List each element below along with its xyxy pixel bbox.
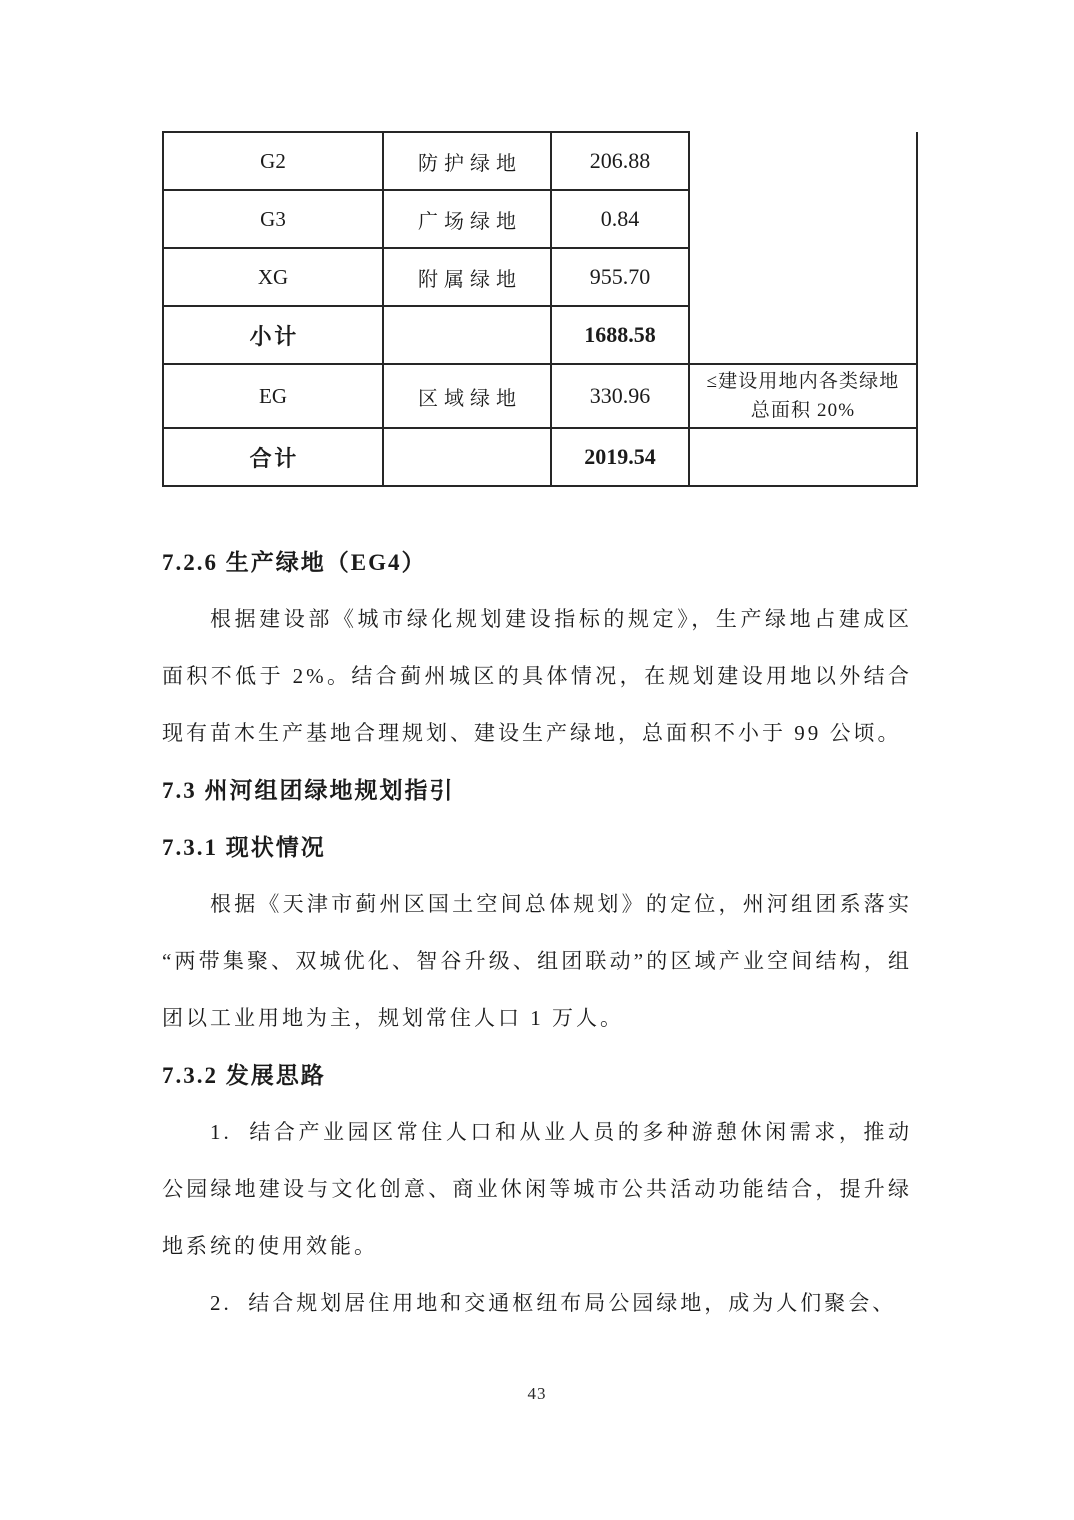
code-cell: G3 xyxy=(163,190,383,248)
name-cell: 防护绿地 xyxy=(383,132,551,190)
page-number: 43 xyxy=(0,1384,1074,1404)
list-item-1: 1. 结合产业园区常住人口和从业人员的多种游憩休闲需求，推动公园绿地建设与文化创… xyxy=(162,1104,912,1275)
total-value-cell: 2019.54 xyxy=(551,428,689,486)
paragraph-7-3-1: 根据《天津市蓟州区国土空间总体规划》的定位，州河组团系落实“两带集聚、双城优化、… xyxy=(162,876,912,1047)
code-cell: XG xyxy=(163,248,383,306)
name-cell: 区域绿地 xyxy=(383,364,551,428)
subtotal-label-cell: 小计 xyxy=(163,306,383,364)
area-cell: 330.96 xyxy=(551,364,689,428)
code-cell: G2 xyxy=(163,132,383,190)
green-space-area-table: G2 防护绿地 206.88 G3 广场绿地 0.84 XG 附属绿地 955.… xyxy=(162,131,918,487)
area-cell: 206.88 xyxy=(551,132,689,190)
page-content: G2 防护绿地 206.88 G3 广场绿地 0.84 XG 附属绿地 955.… xyxy=(0,0,1074,1332)
subtotal-value-cell: 1688.58 xyxy=(551,306,689,364)
empty-note-cell xyxy=(689,428,917,486)
name-cell: 附属绿地 xyxy=(383,248,551,306)
section-heading-7-2-6: 7.2.6 生产绿地（EG4） xyxy=(162,534,912,591)
table-row-total: 合计 2019.54 xyxy=(163,428,917,486)
empty-cell xyxy=(383,306,551,364)
area-cell: 0.84 xyxy=(551,190,689,248)
total-label-cell: 合计 xyxy=(163,428,383,486)
code-cell: EG xyxy=(163,364,383,428)
name-cell: 广场绿地 xyxy=(383,190,551,248)
eg-note-cell: ≤建设用地内各类绿地总面积 20% xyxy=(689,364,917,428)
section-heading-7-3-2: 7.3.2 发展思路 xyxy=(162,1047,912,1104)
paragraph-7-2-6: 根据建设部《城市绿化规划建设指标的规定》，生产绿地占建成区面积不低于 2%。结合… xyxy=(162,591,912,762)
empty-cell xyxy=(383,428,551,486)
list-item-2: 2. 结合规划居住用地和交通枢纽布局公园绿地，成为人们聚会、 xyxy=(162,1275,912,1332)
section-heading-7-3-1: 7.3.1 现状情况 xyxy=(162,819,912,876)
document-page: G2 防护绿地 206.88 G3 广场绿地 0.84 XG 附属绿地 955.… xyxy=(0,0,1074,1520)
table-row-eg: EG 区域绿地 330.96 ≤建设用地内各类绿地总面积 20% xyxy=(163,364,917,428)
document-text: 7.2.6 生产绿地（EG4） 根据建设部《城市绿化规划建设指标的规定》，生产绿… xyxy=(162,534,912,1332)
area-cell: 955.70 xyxy=(551,248,689,306)
section-heading-7-3: 7.3 州河组团绿地规划指引 xyxy=(162,762,912,819)
merged-empty-note-cell xyxy=(689,132,917,364)
table-row-g2: G2 防护绿地 206.88 xyxy=(163,132,917,190)
